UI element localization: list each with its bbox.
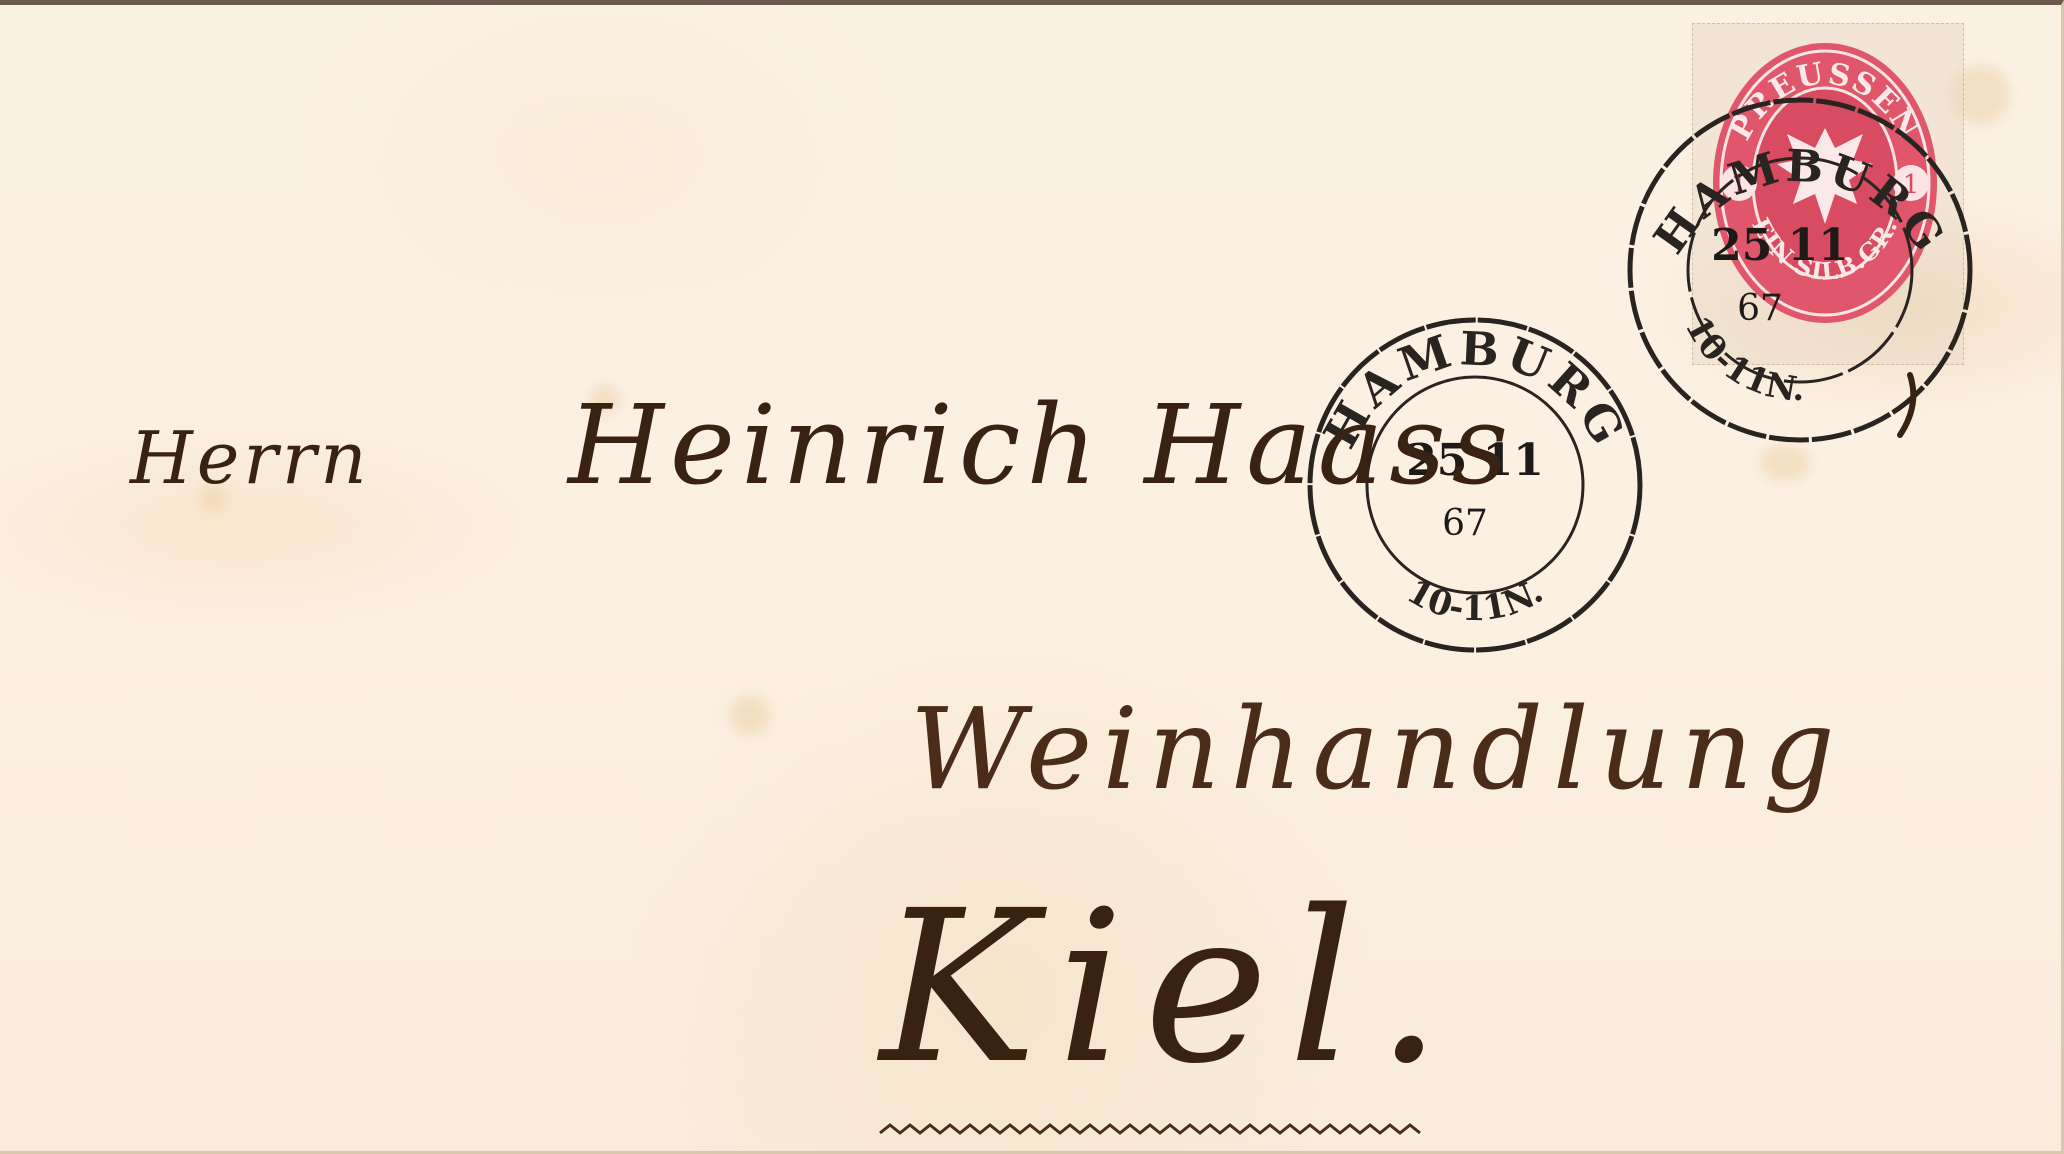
envelope: PREUSSEN EIN SILB.GR. 1 1 HAMBURG 10-11N… (0, 0, 2064, 1154)
address-salutation: Herrn (130, 416, 371, 500)
postmark-stamp: HAMBURG 10-11N. 25 11 67 (1610, 80, 1990, 460)
postmark-time: 10-11N. (1400, 571, 1550, 629)
address-city: Kiel. (880, 865, 1462, 1110)
address-line-recipient: Herrn Heinrich Haass (130, 345, 1514, 519)
svg-text:10-11N.: 10-11N. (1400, 571, 1550, 629)
foxing-stain (730, 695, 770, 735)
address-line-business: Weinhandlung (910, 685, 1845, 815)
postmark-year: 67 (1737, 288, 1783, 329)
postmark-date: 25 11 (1711, 220, 1849, 271)
address-recipient: Heinrich Haass (568, 381, 1514, 509)
